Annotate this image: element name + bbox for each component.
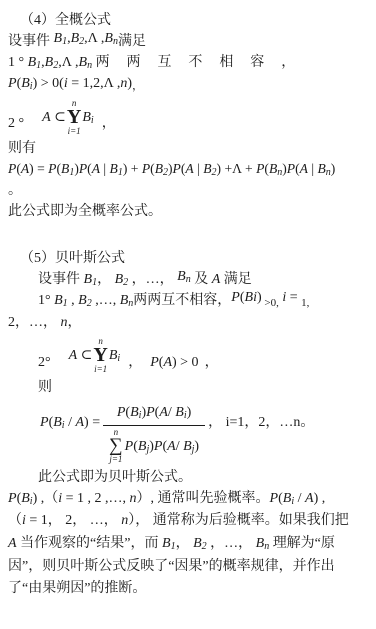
- s4-union-formula: A ⊂ n Y i=1 Bi: [42, 99, 94, 137]
- bayes-formula: P(Bi / A) = P(Bi)P(A/ Bi) n ∑ j=1 P(Bj)P…: [8, 402, 371, 465]
- explanation-line-4: 因”，则贝叶斯公式反映了“因果”的概率规律，并作出: [8, 556, 371, 579]
- s4-then-label: 则有: [8, 138, 371, 159]
- union-symbol: n Y i=1: [93, 337, 107, 375]
- s5-condition1-line: 1° B1 , B2 ,…, Bn两两互不相容，P(Bi) >0, i = 1,: [8, 290, 371, 312]
- union-operator-glyph: Y: [93, 346, 107, 365]
- union-symbol: n Y i=1: [67, 99, 81, 137]
- bayes-formula-range: ， i=1，2，…n。: [208, 412, 314, 433]
- s4-union-rhs: Bi: [82, 107, 93, 128]
- document-page: （4）全概公式 设事件 B1,B2,Λ ,Bn满足 1 ° B1,B2,Λ ,B…: [0, 0, 376, 601]
- explanation-line-3: A 当作观察的“结果”，而 B1， B2 ，…， Bn 理解为“原: [8, 533, 371, 556]
- sigma-glyph: ∑: [109, 437, 123, 455]
- total-probability-formula: P(A) = P(B1)P(A | B1) + P(B2)P(A | B2) +…: [8, 159, 371, 180]
- explanation-line-2: （i = 1， 2， …， n）， 通常称为后验概率。如果我们把: [8, 510, 371, 533]
- denominator-terms: P(Bj)P(A/ Bj): [125, 436, 199, 457]
- union-lower-limit: i=1: [68, 127, 81, 137]
- s5-positivity-condition: P(A) > 0: [144, 352, 200, 375]
- s4-condition2-line: 2 ° A ⊂ n Y i=1 Bi ，: [8, 99, 371, 137]
- bayes-explanation-paragraph: P(Bi) ,（i = 1 , 2 ,…, n）, 通常叫先验概率。P(Bi /…: [8, 488, 371, 601]
- s4-period-line: 。: [8, 180, 371, 201]
- s4-condition1b-line: P(Bi) > 0(i = 1,2,Λ ,n)，: [8, 73, 371, 95]
- s4-union-comma: ，: [94, 113, 118, 136]
- s5-union-comma2: ，: [201, 352, 219, 375]
- s5-events-line: 设事件 B1， B2 ，…， Bn 及 A 满足: [8, 269, 371, 290]
- union-operator-glyph: Y: [67, 108, 81, 127]
- s4-closing-line: 此公式即为全概率公式。: [8, 201, 371, 222]
- s5-then-label: 则: [8, 377, 371, 398]
- s5-condition2-line: 2° A ⊂ n Y i=1 Bi ， P(A) > 0 ，: [8, 337, 371, 375]
- s5-condition2-marker: 2°: [38, 352, 51, 375]
- s5-union-rhs: Bi: [109, 345, 120, 366]
- bayes-formula-lhs: P(Bi / A) =: [40, 412, 100, 433]
- s4-condition2-marker: 2 °: [8, 113, 24, 136]
- s5-closing-line: 此公式即为贝叶斯公式。: [8, 467, 371, 488]
- explanation-line-1: P(Bi) ,（i = 1 , 2 ,…, n）, 通常叫先验概率。P(Bi /…: [8, 488, 371, 511]
- sum-lower-limit: j=1: [109, 455, 122, 465]
- section5-title: （5）贝叶斯公式: [8, 248, 371, 269]
- explanation-line-5: 了“由果朔因”的推断。: [8, 578, 371, 601]
- s4-union-lhs: A ⊂: [42, 107, 66, 128]
- s5-condition1b-line: 2，…， n，: [8, 312, 371, 333]
- s5-union-formula: A ⊂ n Y i=1 Bi: [69, 337, 121, 375]
- summation-symbol: n ∑ j=1: [109, 428, 123, 465]
- section4-title: （4）全概公式: [8, 10, 371, 31]
- fraction-denominator: n ∑ j=1 P(Bj)P(A/ Bj): [103, 425, 205, 465]
- s4-events-line: 设事件 B1,B2,Λ ,Bn满足: [8, 31, 371, 52]
- s5-union-comma: ，: [120, 352, 144, 375]
- s4-condition1-line: 1 ° B1,B2,Λ ,Bn 两 两 互 不 相 容 ，: [8, 52, 371, 73]
- fraction-numerator: P(Bi)P(A/ Bi): [111, 402, 197, 425]
- bayes-fraction: P(Bi)P(A/ Bi) n ∑ j=1 P(Bj)P(A/ Bj): [103, 402, 205, 465]
- s5-union-lhs: A ⊂: [69, 345, 93, 366]
- union-lower-limit: i=1: [94, 365, 107, 375]
